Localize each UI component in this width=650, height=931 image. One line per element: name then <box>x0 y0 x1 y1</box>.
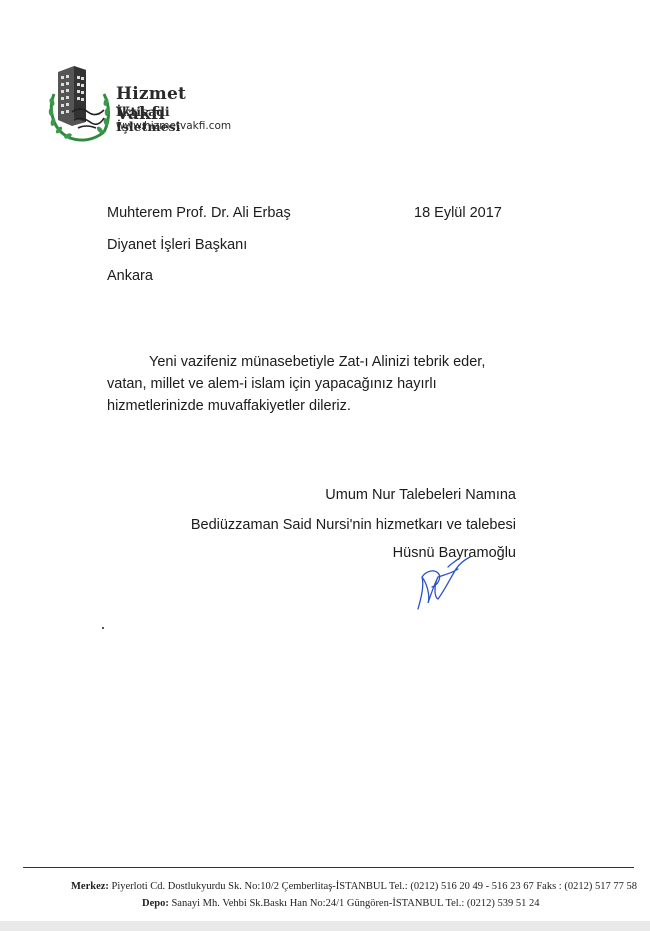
handwritten-signature-icon <box>408 555 478 613</box>
closing-line-1: Umum Nur Talebeleri Namına <box>325 487 516 503</box>
letter-date: 18 Eylül 2017 <box>414 205 502 221</box>
recipient-city: Ankara <box>107 268 153 284</box>
recipient-title: Diyanet İşleri Başkanı <box>107 237 247 253</box>
body-line-1: Yeni vazifeniz münasebetiyle Zat-ı Alini… <box>149 354 485 370</box>
footer-divider <box>23 867 634 868</box>
footer-depo-text: Sanayi Mh. Vehbi Sk.Baskı Han No:24/1 Gü… <box>171 898 539 909</box>
building-wreath-emblem-icon <box>48 64 110 142</box>
footer-merkez-label: Merkez: <box>71 881 109 892</box>
letterhead-logo: Hizmet Vakfı İktisadi İşletmesi www.hizm… <box>48 64 238 144</box>
recipient-name: Muhterem Prof. Dr. Ali Erbaş <box>107 205 291 221</box>
scan-speck <box>102 627 104 629</box>
body-line-2: vatan, millet ve alem-i islam için yapac… <box>107 376 437 392</box>
footer-depo-address: Depo: Sanayi Mh. Vehbi Sk.Baskı Han No:2… <box>142 898 540 909</box>
org-website: www.hizmetvakfi.com <box>116 120 231 132</box>
body-line-3: hizmetlerinizde muvaffakiyetler dileriz. <box>107 398 351 414</box>
page-bottom-margin <box>0 921 650 931</box>
footer-depo-label: Depo: <box>142 898 169 909</box>
closing-line-2: Bediüzzaman Said Nursi'nin hizmetkarı ve… <box>191 517 516 533</box>
footer-merkez-address: Merkez: Piyerloti Cd. Dostlukyurdu Sk. N… <box>71 881 637 892</box>
footer-merkez-text: Piyerloti Cd. Dostlukyurdu Sk. No:10/2 Ç… <box>112 881 637 892</box>
